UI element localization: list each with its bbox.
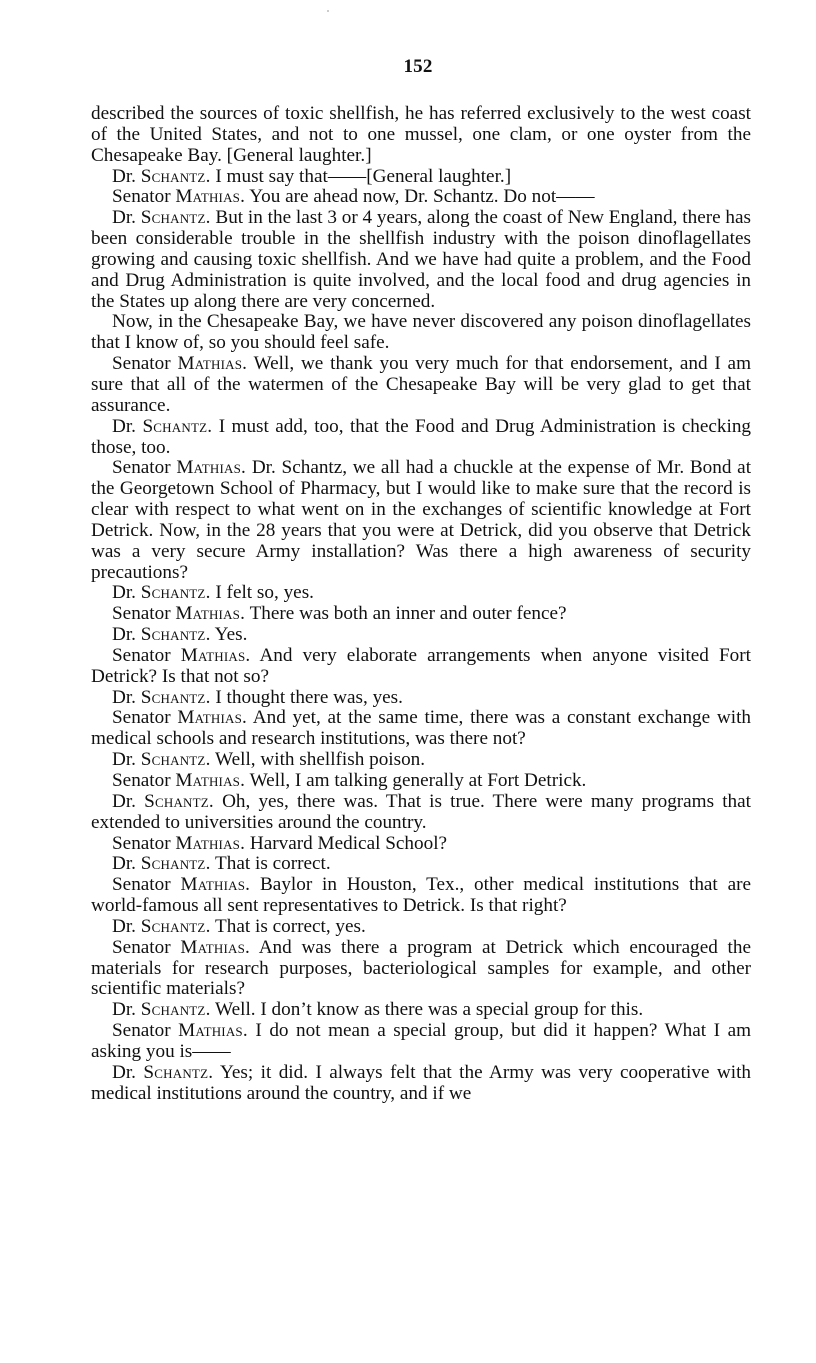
paragraph-text: Well, I am talking generally at Fort Det… xyxy=(250,770,587,791)
transcript-paragraph: Dr. Schantz. But in the last 3 or 4 year… xyxy=(91,208,751,312)
speaker-title: Dr. xyxy=(112,582,136,603)
transcript-paragraph: Dr. Schantz. Well, with shellfish poison… xyxy=(91,750,751,771)
paragraph-text: I must say that——[General laughter.] xyxy=(215,166,511,187)
transcript-paragraph: Senator Mathias. Harvard Medical School? xyxy=(91,834,751,855)
transcript-paragraph: Dr. Schantz. That is correct, yes. xyxy=(91,917,751,938)
paragraph-text: Harvard Medical School? xyxy=(250,833,447,854)
speaker-title: Senator xyxy=(112,186,171,207)
transcript-paragraph: Dr. Schantz. I felt so, yes. xyxy=(91,583,751,604)
paragraph-text: That is correct, yes. xyxy=(215,916,366,937)
speaker-name: Mathias. xyxy=(181,645,251,666)
speaker-title: Dr. xyxy=(112,749,136,770)
speaker-title: Dr. xyxy=(112,207,136,228)
speaker-title: Senator xyxy=(112,645,171,666)
transcript-paragraph: Senator Mathias. Well, I am talking gene… xyxy=(91,771,751,792)
transcript-paragraph: Dr. Schantz. Oh, yes, there was. That is… xyxy=(91,792,751,834)
paragraph-text: You are ahead now, Dr. Schantz. Do not—— xyxy=(249,186,594,207)
transcript-paragraph: Senator Mathias. Dr. Schantz, we all had… xyxy=(91,458,751,583)
speaker-title: Dr. xyxy=(112,1062,136,1083)
speaker-title: Senator xyxy=(112,457,171,478)
speaker-title: Dr. xyxy=(112,999,136,1020)
transcript-paragraph: Senator Mathias. I do not mean a special… xyxy=(91,1021,751,1063)
speaker-title: Senator xyxy=(112,833,171,854)
speaker-name: Mathias. xyxy=(175,833,245,854)
scan-speck xyxy=(327,10,329,12)
paragraph-text: I thought there was, yes. xyxy=(215,687,403,708)
paragraph-text: Well, with shellfish poison. xyxy=(215,749,425,770)
paragraph-text: There was both an inner and outer fence? xyxy=(250,603,567,624)
transcript-paragraph: Now, in the Chesapeake Bay, we have neve… xyxy=(91,312,751,354)
paragraph-text: Well. I don’t know as there was a specia… xyxy=(215,999,643,1020)
speaker-title: Senator xyxy=(112,937,171,958)
speaker-title: Dr. xyxy=(112,624,136,645)
speaker-name: Schantz. xyxy=(141,624,211,645)
speaker-title: Senator xyxy=(112,874,171,895)
transcript-paragraph: Dr. Schantz. Yes; it did. I always felt … xyxy=(91,1063,751,1105)
speaker-title: Dr. xyxy=(112,853,136,874)
page-number: 152 xyxy=(0,56,816,78)
speaker-name: Schantz. xyxy=(141,916,211,937)
speaker-title: Dr. xyxy=(112,416,136,437)
speaker-name: Schantz. xyxy=(141,166,211,187)
speaker-name: Mathias. xyxy=(175,186,245,207)
speaker-name: Mathias. xyxy=(176,457,246,478)
speaker-title: Dr. xyxy=(112,687,136,708)
speaker-name: Schantz. xyxy=(142,416,212,437)
transcript-paragraph: Dr. Schantz. Yes. xyxy=(91,625,751,646)
speaker-name: Mathias. xyxy=(177,707,247,728)
speaker-title: Senator xyxy=(112,707,171,728)
speaker-name: Mathias. xyxy=(178,1020,248,1041)
speaker-name: Schantz. xyxy=(141,749,211,770)
transcript-paragraph: Senator Mathias. Well, we thank you very… xyxy=(91,354,751,417)
paragraph-text: described the sources of toxic shellfish… xyxy=(91,103,751,166)
paragraph-text: Now, in the Chesapeake Bay, we have neve… xyxy=(91,311,751,353)
speaker-name: Mathias. xyxy=(180,937,250,958)
paragraph-text: Yes. xyxy=(215,624,248,645)
transcript-paragraph: described the sources of toxic shellfish… xyxy=(91,104,751,167)
speaker-title: Dr. xyxy=(112,916,136,937)
speaker-name: Schantz. xyxy=(144,791,214,812)
speaker-title: Dr. xyxy=(112,791,136,812)
speaker-title: Senator xyxy=(112,353,171,374)
transcript-paragraph: Senator Mathias. And yet, at the same ti… xyxy=(91,708,751,750)
transcript-paragraph: Senator Mathias. Baylor in Houston, Tex.… xyxy=(91,875,751,917)
transcript-paragraph: Dr. Schantz. That is correct. xyxy=(91,854,751,875)
paragraph-text: I felt so, yes. xyxy=(215,582,314,603)
speaker-title: Dr. xyxy=(112,166,136,187)
speaker-name: Schantz. xyxy=(141,582,211,603)
transcript-paragraph: Senator Mathias. And was there a program… xyxy=(91,938,751,1001)
speaker-title: Senator xyxy=(112,1020,171,1041)
speaker-name: Mathias. xyxy=(175,603,245,624)
transcript-paragraph: Dr. Schantz. I thought there was, yes. xyxy=(91,688,751,709)
speaker-name: Schantz. xyxy=(143,1062,213,1083)
transcript-paragraph: Senator Mathias. And very elaborate arra… xyxy=(91,646,751,688)
speaker-name: Schantz. xyxy=(141,687,211,708)
speaker-name: Schantz. xyxy=(141,207,211,228)
transcript-paragraph: Senator Mathias. There was both an inner… xyxy=(91,604,751,625)
speaker-name: Mathias. xyxy=(177,353,247,374)
speaker-name: Mathias. xyxy=(175,770,245,791)
speaker-name: Schantz. xyxy=(141,999,211,1020)
transcript-paragraph: Dr. Schantz. Well. I don’t know as there… xyxy=(91,1000,751,1021)
speaker-title: Senator xyxy=(112,603,171,624)
speaker-title: Senator xyxy=(112,770,171,791)
speaker-name: Schantz. xyxy=(141,853,211,874)
speaker-name: Mathias. xyxy=(180,874,250,895)
paragraph-text: That is correct. xyxy=(215,853,331,874)
transcript-body: described the sources of toxic shellfish… xyxy=(91,104,751,1105)
transcript-paragraph: Dr. Schantz. I must say that——[General l… xyxy=(91,167,751,188)
transcript-paragraph: Senator Mathias. You are ahead now, Dr. … xyxy=(91,187,751,208)
transcript-paragraph: Dr. Schantz. I must add, too, that the F… xyxy=(91,417,751,459)
